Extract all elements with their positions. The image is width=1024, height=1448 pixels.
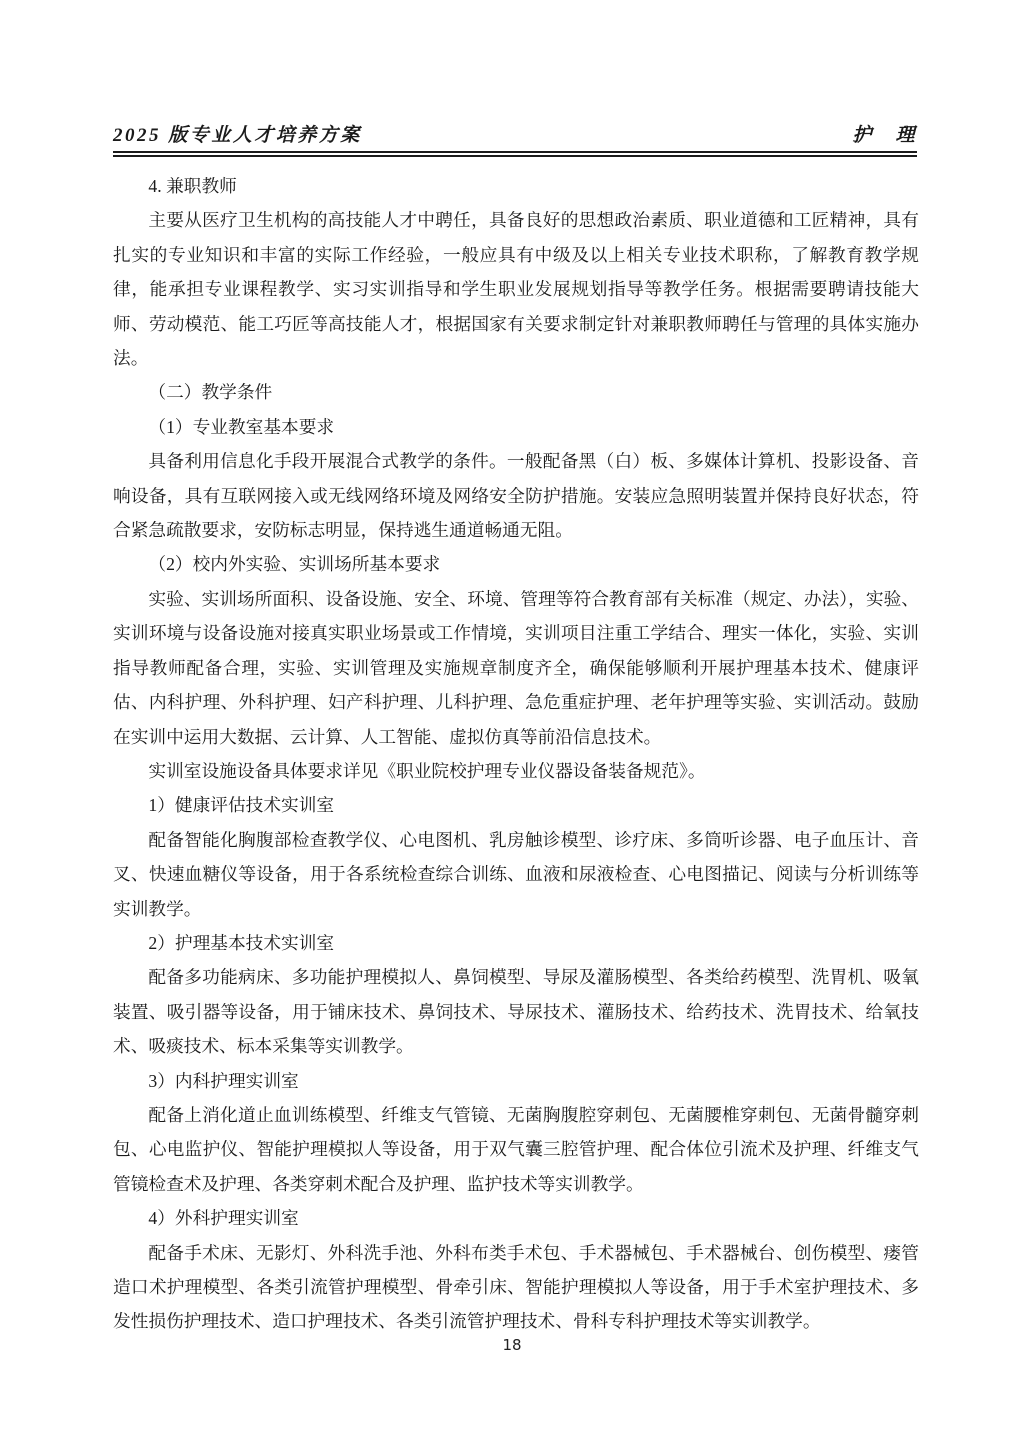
document-page: 2025 版专业人才培养方案 护 理 4. 兼职教师 主要从医疗卫生机构的高技能… [0, 0, 1024, 1448]
para-health-assessment-lab: 配备智能化胸腹部检查教学仪、心电图机、乳房触诊模型、诊疗床、多筒听诊器、电子血压… [113, 823, 919, 926]
heading-part-time-teachers: 4. 兼职教师 [113, 169, 919, 203]
para-part-time-teachers: 主要从医疗卫生机构的高技能人才中聘任，具备良好的思想政治素质、职业道德和工匠精神… [113, 203, 919, 375]
para-internal-medicine-lab: 配备上消化道止血训练模型、纤维支气管镜、无菌胸腹腔穿刺包、无菌腰椎穿刺包、无菌骨… [113, 1098, 919, 1201]
heading-training-site-requirements: （2）校内外实验、实训场所基本要求 [113, 547, 919, 581]
heading-teaching-conditions: （二）教学条件 [113, 375, 919, 409]
para-training-site-requirements: 实验、实训场所面积、设备设施、安全、环境、管理等符合教育部有关标准（规定、办法）… [113, 582, 919, 754]
document-body: 4. 兼职教师 主要从医疗卫生机构的高技能人才中聘任，具备良好的思想政治素质、职… [113, 169, 919, 1339]
heading-internal-medicine-lab: 3）内科护理实训室 [113, 1064, 919, 1098]
page-number: 18 [0, 1336, 1024, 1354]
header-title-right: 护 理 [852, 120, 917, 147]
heading-health-assessment-lab: 1）健康评估技术实训室 [113, 788, 919, 822]
header-title-left: 2025 版专业人才培养方案 [113, 120, 362, 147]
running-header: 2025 版专业人才培养方案 护 理 [113, 120, 917, 157]
para-basic-nursing-lab: 配备多功能病床、多功能护理模拟人、鼻饲模型、导尿及灌肠模型、各类给药模型、洗胃机… [113, 960, 919, 1063]
heading-surgical-nursing-lab: 4）外科护理实训室 [113, 1201, 919, 1235]
heading-classroom-requirements: （1）专业教室基本要求 [113, 410, 919, 444]
para-classroom-requirements: 具备利用信息化手段开展混合式教学的条件。一般配备黑（白）板、多媒体计算机、投影设… [113, 444, 919, 547]
heading-basic-nursing-lab: 2）护理基本技术实训室 [113, 926, 919, 960]
para-surgical-nursing-lab: 配备手术床、无影灯、外科洗手池、外科布类手术包、手术器械包、手术器械台、创伤模型… [113, 1236, 919, 1339]
para-equipment-standards-reference: 实训室设施设备具体要求详见《职业院校护理专业仪器设备装备规范》。 [113, 754, 919, 788]
